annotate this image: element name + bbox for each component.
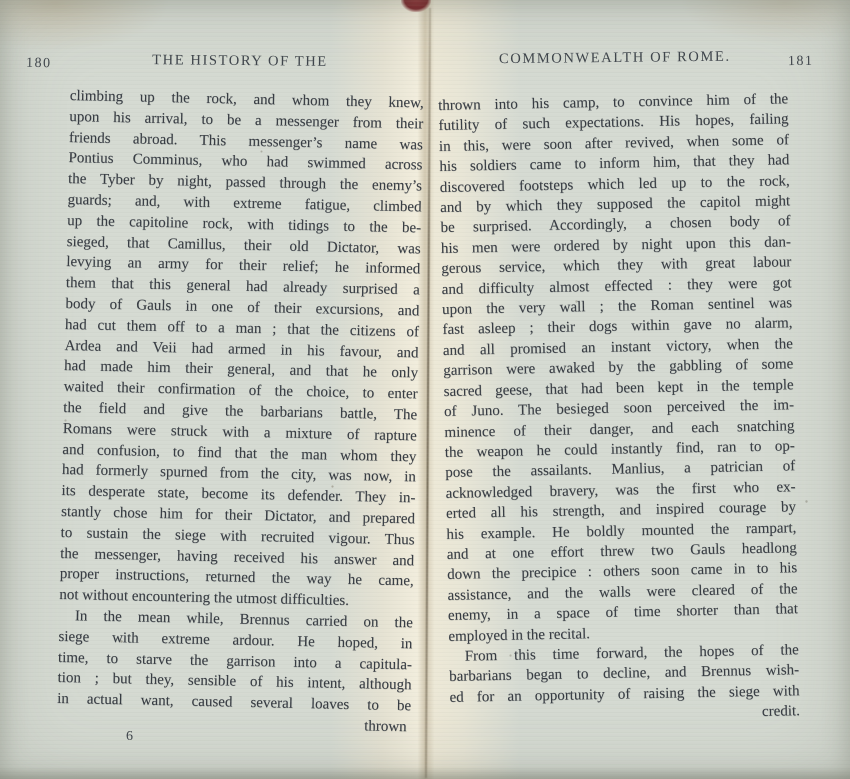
body-text-left: climbing up the rock, and whom they knew…	[57, 86, 424, 717]
signature-mark: 6	[126, 729, 133, 745]
text-block-left: climbing up the rock, and whom they knew…	[56, 86, 423, 738]
page-number-right: 181	[788, 54, 814, 70]
running-header-right: COMMONWEALTH OF ROME.	[499, 49, 719, 68]
page-number-left: 180	[26, 56, 52, 72]
left-page: 180 THE HISTORY OF THE climbing up the r…	[0, 0, 427, 779]
right-page: COMMONWEALTH OF ROME. 181 thrown into hi…	[427, 0, 850, 779]
text-block-right: thrown into his camp, to convince him of…	[438, 89, 800, 728]
book-photo: 180 THE HISTORY OF THE climbing up the r…	[0, 0, 850, 779]
body-text-right: thrown into his camp, to convince him of…	[438, 89, 800, 708]
running-header-left: THE HISTORY OF THE	[148, 52, 332, 71]
